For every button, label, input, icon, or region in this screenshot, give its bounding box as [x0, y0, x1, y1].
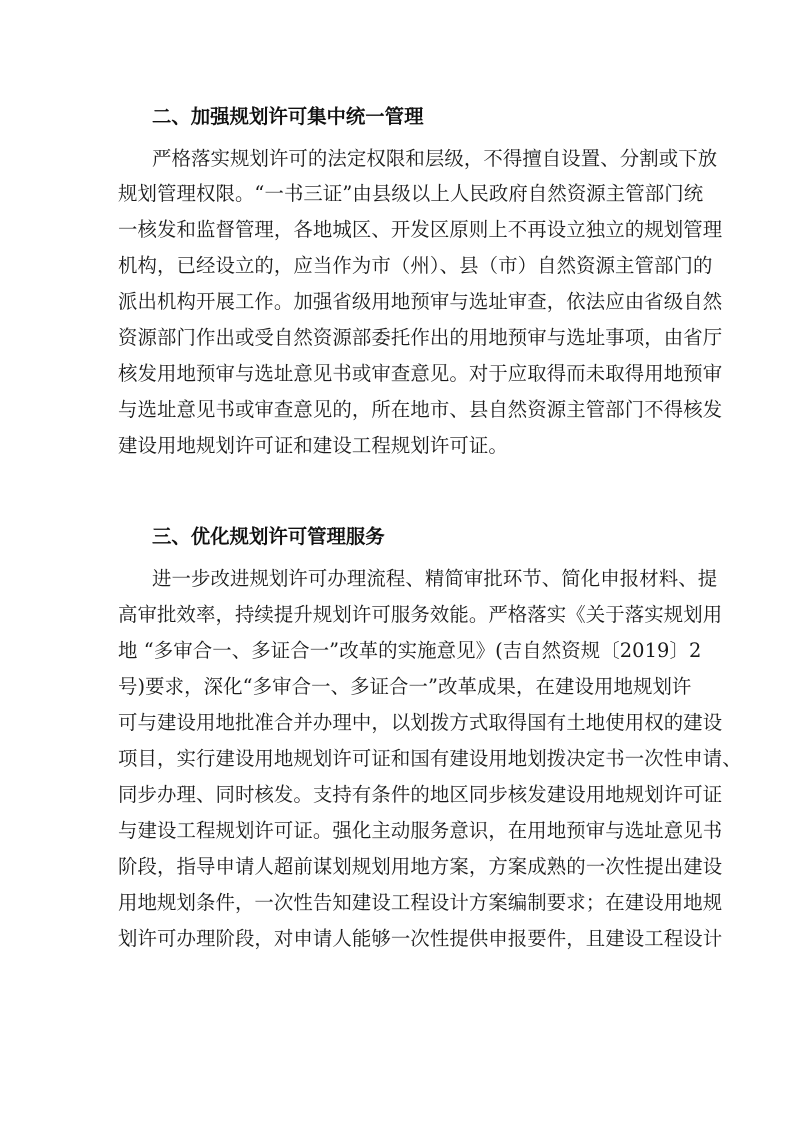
paragraph-line: 项目，实行建设用地规划许可证和国有建设用地划拨决定书一次性申请、: [118, 744, 684, 774]
paragraph-line: 规划管理权限。“一书三证”由县级以上人民政府自然资源主管部门统: [118, 179, 684, 209]
paragraph-line: 可与建设用地批准合并办理中，以划拨方式取得国有土地使用权的建设: [118, 708, 684, 738]
paragraph-line: 机构，已经设立的，应当作为市（州）、县（市）自然资源主管部门的: [118, 251, 684, 281]
paragraph-line: 与建设工程规划许可证。强化主动服务意识，在用地预审与选址意见书: [118, 816, 684, 846]
paragraph-line: 与选址意见书或审查意见的，所在地市、县自然资源主管部门不得核发: [118, 395, 684, 425]
paragraph-line: 进一步改进规划许可办理流程、精简审批环节、简化申报材料、提: [152, 564, 684, 594]
paragraph-line: 划许可办理阶段，对申请人能够一次性提供申报要件，且建设工程设计: [118, 924, 684, 954]
paragraph-line: 资源部门作出或受自然资源部委托作出的用地预审与选址事项，由省厅: [118, 323, 684, 353]
paragraph-line: 同步办理、同时核发。支持有条件的地区同步核发建设用地规划许可证: [118, 780, 684, 810]
paragraph-line: 派出机构开展工作。加强省级用地预审与选址审查，依法应由省级自然: [118, 287, 684, 317]
paragraph-line: 严格落实规划许可的法定权限和层级，不得擅自设置、分割或下放: [152, 144, 684, 174]
paragraph-line: 核发用地预审与选址意见书或审查意见。对于应取得而未取得用地预审: [118, 359, 684, 389]
paragraph-line: 一核发和监督管理，各地城区、开发区原则上不再设立独立的规划管理: [118, 215, 684, 245]
document-page: 二、加强规划许可集中统一管理 严格落实规划许可的法定权限和层级，不得擅自设置、分…: [0, 0, 800, 1132]
paragraph-line: 用地规划条件，一次性告知建设工程设计方案编制要求；在建设用地规: [118, 888, 684, 918]
section-heading: 二、加强规划许可集中统一管理: [152, 102, 423, 132]
paragraph-line: 高审批效率，持续提升规划许可服务效能。严格落实《关于落实规划用: [118, 600, 684, 630]
paragraph-line: 阶段，指导申请人超前谋划规划用地方案，方案成熟的一次性提出建设: [118, 852, 684, 882]
section-heading: 三、优化规划许可管理服务: [152, 522, 385, 552]
paragraph-line: 号)要求，深化“多审合一、多证合一”改革成果，在建设用地规划许: [118, 672, 684, 702]
paragraph-line: 建设用地规划许可证和建设工程规划许可证。: [118, 431, 684, 461]
paragraph-line: 地 “多审合一、多证合一”改革的实施意见》(吉自然资规〔2019〕2: [118, 636, 684, 666]
